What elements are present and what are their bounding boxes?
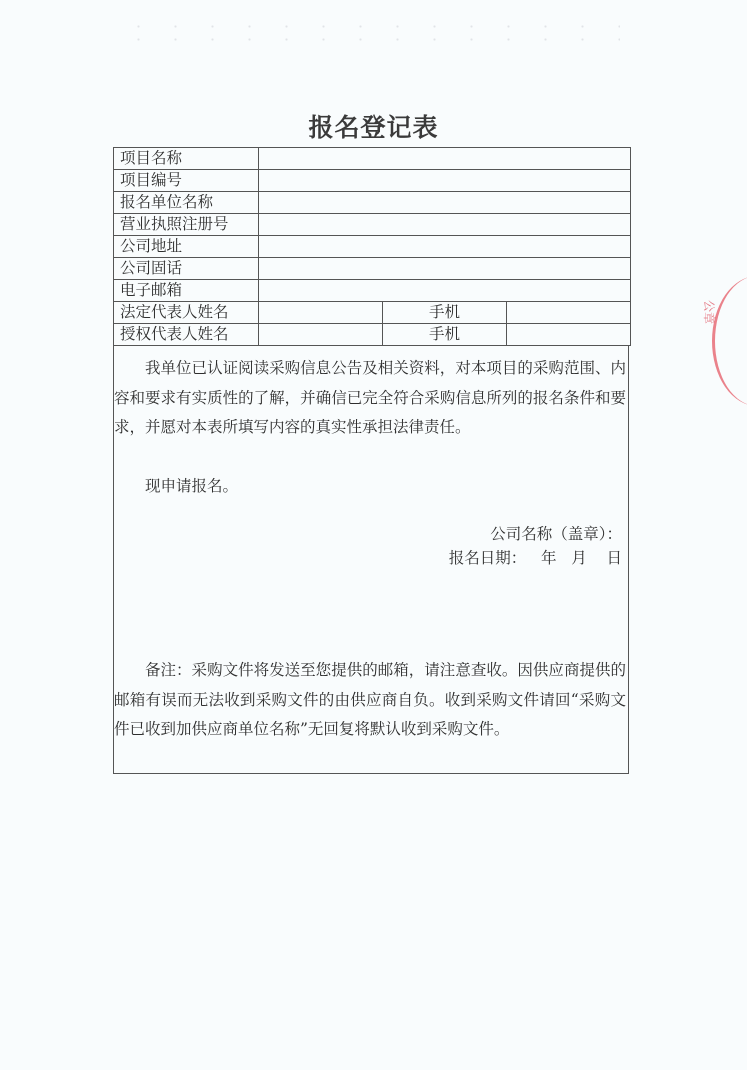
registration-form-table: 项目名称 项目编号 报名单位名称 营业执照注册号 公司地址 公司固话 电子邮箱 … [113, 147, 631, 346]
legal-rep-name-field[interactable] [259, 302, 383, 324]
field-label-legal-rep-name: 法定代表人姓名 [114, 302, 259, 324]
field-label-project-name: 项目名称 [114, 148, 259, 170]
seal-text: 公章 [700, 300, 718, 320]
license-number-field[interactable] [259, 214, 631, 236]
table-row: 公司固话 [114, 258, 631, 280]
company-seal-label: 公司名称（盖章）： [490, 522, 622, 544]
table-row: 项目编号 [114, 170, 631, 192]
field-label-email: 电子邮箱 [114, 280, 259, 302]
authorized-rep-phone-label: 手机 [383, 324, 507, 346]
field-label-company-name: 报名单位名称 [114, 192, 259, 214]
project-name-field[interactable] [259, 148, 631, 170]
legal-rep-phone-field[interactable] [507, 302, 631, 324]
table-row: 法定代表人姓名 手机 [114, 302, 631, 324]
table-row: 报名单位名称 [114, 192, 631, 214]
table-row: 公司地址 [114, 236, 631, 258]
declaration-text: 我单位已认证阅读采购信息公告及相关资料，对本项目的采购范围、内容和要求有实质性的… [114, 354, 628, 443]
table-row: 电子邮箱 [114, 280, 631, 302]
table-row: 营业执照注册号 [114, 214, 631, 236]
note-text: 备注：采购文件将发送至您提供的邮箱，请注意查收。因供应商提供的邮箱有误而无法收到… [114, 656, 628, 745]
authorized-rep-name-field[interactable] [259, 324, 383, 346]
company-phone-field[interactable] [259, 258, 631, 280]
field-label-company-address: 公司地址 [114, 236, 259, 258]
apply-text: 现申请报名。 [114, 472, 628, 502]
legal-rep-phone-label: 手机 [383, 302, 507, 324]
company-name-field[interactable] [259, 192, 631, 214]
field-label-authorized-rep-name: 授权代表人姓名 [114, 324, 259, 346]
company-address-field[interactable] [259, 236, 631, 258]
registration-date-label: 报名日期： 年 月 日 [449, 546, 622, 568]
table-row: 项目名称 [114, 148, 631, 170]
authorized-rep-phone-field[interactable] [507, 324, 631, 346]
project-number-field[interactable] [259, 170, 631, 192]
field-label-license-number: 营业执照注册号 [114, 214, 259, 236]
email-field[interactable] [259, 280, 631, 302]
table-row: 授权代表人姓名 手机 [114, 324, 631, 346]
red-seal-stamp-icon [712, 276, 747, 406]
scan-artifact [120, 20, 620, 50]
field-label-project-number: 项目编号 [114, 170, 259, 192]
page-title: 报名登记表 [0, 108, 747, 144]
statement-block: 我单位已认证阅读采购信息公告及相关资料，对本项目的采购范围、内容和要求有实质性的… [113, 346, 629, 774]
field-label-company-phone: 公司固话 [114, 258, 259, 280]
